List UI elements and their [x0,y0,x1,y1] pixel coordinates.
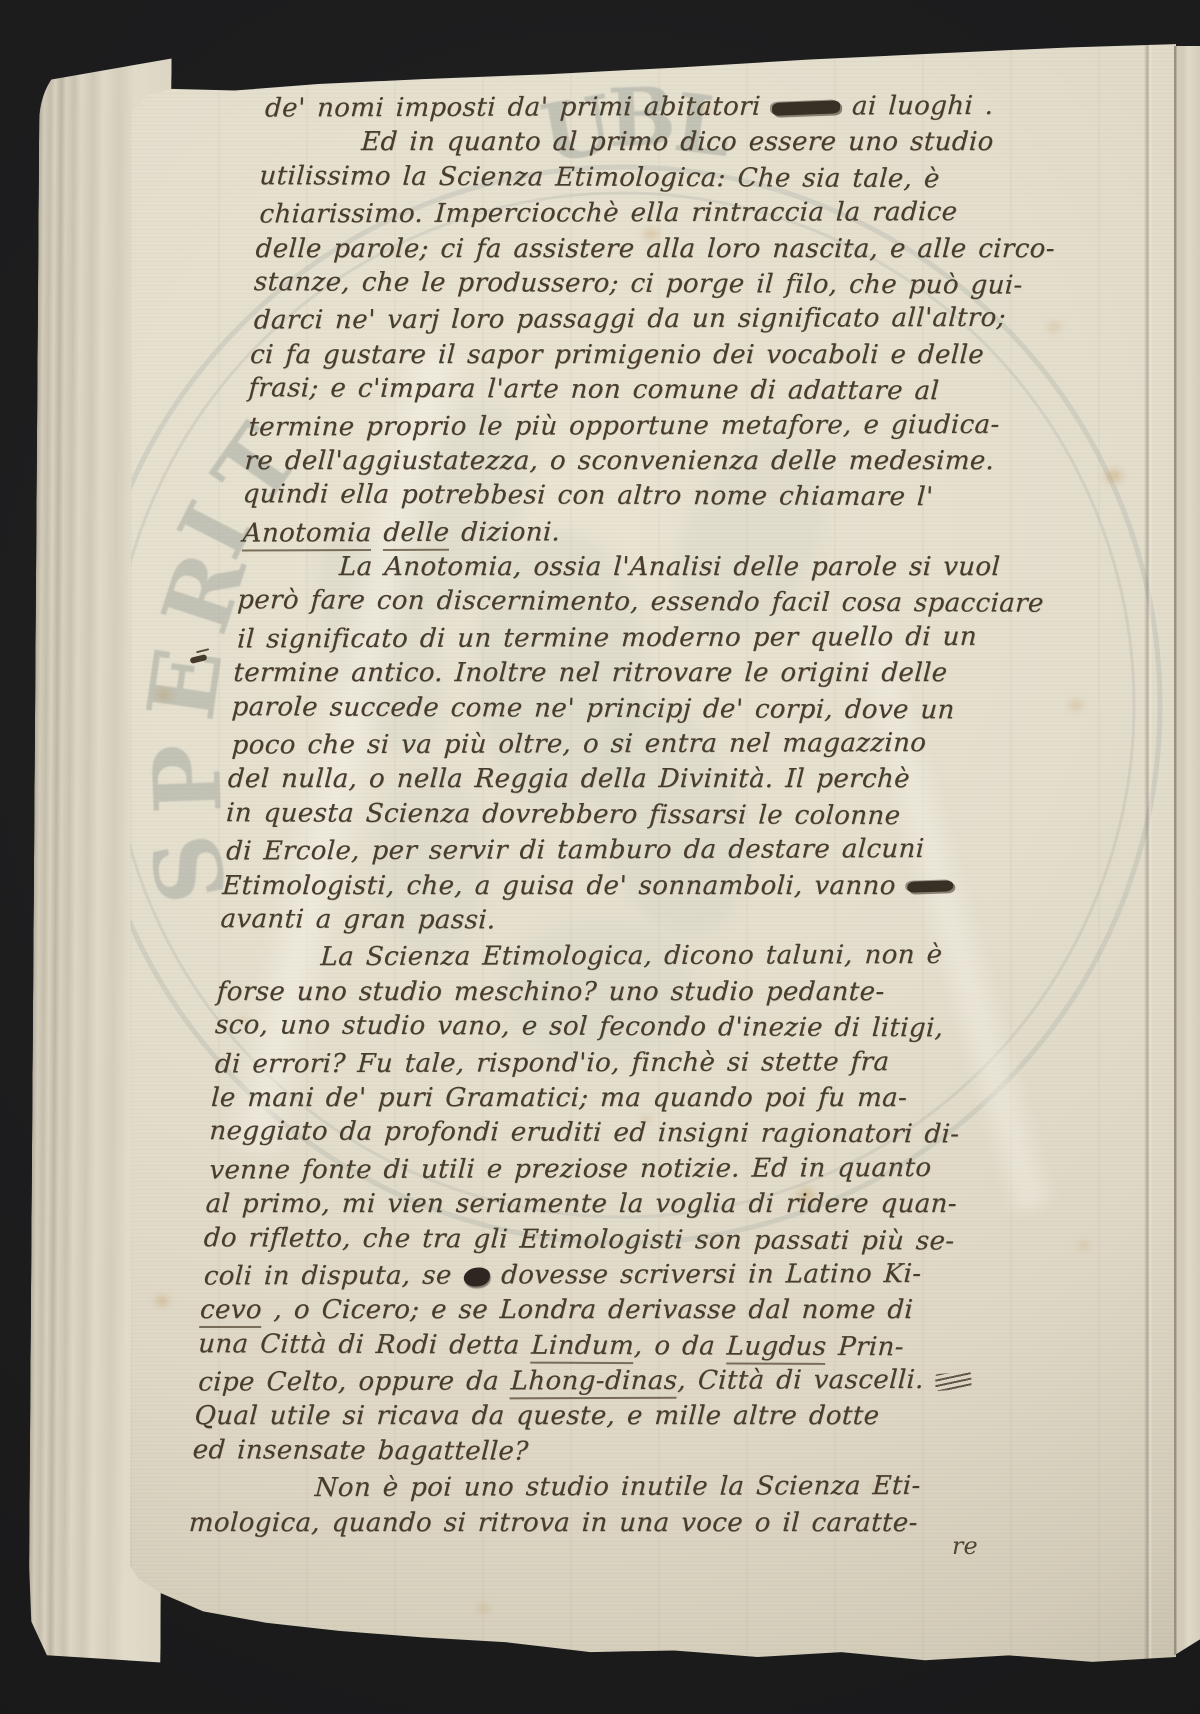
page-fold-line [1144,40,1152,1670]
manuscript-line: Qual utile si ricava da queste, e mille … [194,1399,1036,1434]
flourish-mark [935,1371,971,1391]
word-segment: ed insensate bagattelle? [192,1435,530,1466]
word-segment: darci ne' varj loro passaggi da un signi… [253,303,1006,336]
word-segment: le mani de' puri Gramatici; ma quando po… [210,1083,908,1113]
word-segment: , o da [633,1331,727,1361]
ink-blot [463,1267,490,1286]
manuscript-line: di errori? Fu tale, rispond'io, finchè s… [214,1044,1056,1082]
word-segment: La Anotomia, ossia l'Analisi delle parol… [338,552,1001,582]
manuscript-line: delle parole; ci fa assistere alla loro … [255,232,1097,267]
strikethrough-blot [907,880,953,893]
manuscript-line: chiarissimo. Imperciocchè ella rintracci… [259,195,1101,233]
manuscript-line: una Città di Rodi detta Lindum, o da Lug… [197,1327,1039,1366]
manuscript-line: ci fa gustare il sapor primigenio dei vo… [249,338,1091,373]
manuscript-line: stanze, che le produssero; ci porge il f… [253,265,1095,304]
word-segment: Etimologisti, che, a guisa de' sonnambol… [222,871,909,901]
manuscript-line: le mani de' puri Gramatici; ma quando po… [210,1081,1052,1116]
manuscript-line: do rifletto, che tra gli Etimologisti so… [203,1221,1045,1260]
manuscript-line: Etimologisti, che, a guisa de' sonnambol… [221,869,1063,904]
word-segment: Anotomia [242,518,373,551]
manuscript-line: al primo, mi vien seriamente la voglia d… [205,1187,1047,1222]
manuscript-line: cevo , o Cicero; e se Londra derivasse d… [199,1293,1041,1328]
word-segment: La Scienza Etimologica, dicono taluni, n… [320,940,943,972]
manuscript-line: poco che si va più oltre, o si entra nel… [231,726,1073,764]
word-segment: Prin- [826,1332,905,1362]
word-segment: in questa Scienza dovrebbero fissarsi le… [225,798,901,831]
word-segment: , Città di vascelli. [677,1365,936,1396]
word-segment: una Città di Rodi detta [197,1329,532,1360]
manuscript-page: TIREPSUBL de' nomi imposti da' primi abi… [130,40,1176,1670]
adjacent-page-edge [1174,46,1200,1662]
word-segment: utilissimo la Scienza Etimologica: Che s… [259,161,941,194]
strikethrough-blot [772,100,840,116]
paper-stain [470,1600,496,1618]
word-segment: Ed in quanto al primo dico essere uno st… [360,127,994,157]
word-segment: delle [383,517,451,550]
handwritten-text: de' nomi imposti da' primi abitatori ai … [188,90,1104,1541]
margin-annotation-mark [190,654,208,664]
paper-stain [1072,1236,1096,1255]
word-segment: mologica, quando si ritrova in una voce … [188,1508,918,1538]
manuscript-line: di Ercole, per servir di tamburo da dest… [225,832,1067,870]
manuscript-line: in questa Scienza dovrebbero fissarsi le… [225,796,1067,835]
manuscript-line: frasi; e c'impara l'arte non comune di a… [247,371,1089,410]
word-segment: coli in disputa, se [203,1260,464,1291]
word-segment: Lindum [530,1330,635,1363]
word-segment: però fare con discernimento, essendo fac… [236,586,1044,620]
manuscript-line: sco, uno studio vano, e sol fecondo d'in… [214,1008,1056,1047]
manuscript-line: forse uno studio meschino? uno studio pe… [216,975,1058,1010]
word-segment: de' nomi imposti da' primi abitatori [264,92,773,124]
manuscript-line: del nulla, o nella Reggia della Divinità… [227,762,1069,797]
paper-stain [148,1290,176,1312]
manuscript-line: de' nomi imposti da' primi abitatori ai … [264,89,1106,127]
manuscript-line: mologica, quando si ritrova in una voce … [188,1506,1030,1541]
word-segment: cipe Celto, oppure da [198,1366,512,1397]
manuscript-line: re dell'aggiustatezza, o sconvenienza de… [244,444,1086,479]
word-segment: Non è poi uno studio inutile la Scienza … [314,1471,921,1503]
word-segment: re dell'aggiustatezza, o sconvenienza de… [244,446,995,476]
word-segment: Lhong-dinas [510,1366,678,1400]
word-segment: dovesse scriversi in Latino Ki- [489,1259,922,1291]
word-segment: ai luoghi . [840,91,995,122]
word-segment: dizioni. [449,517,561,547]
word-segment: termine antico. Inoltre nel ritrovare le… [233,658,949,688]
word-segment: venne fonte di utili e preziose notizie.… [209,1153,933,1186]
watermark-letter: E [127,642,244,726]
word-segment: il significato di un termine moderno per… [237,622,978,655]
word-segment: Lugdus [726,1331,828,1364]
manuscript-line: darci ne' varj loro passaggi da un signi… [253,301,1095,339]
word-segment: termine proprio le più opportune metafor… [248,409,1001,442]
paper-stain [148,682,180,708]
manuscript-line: avanti a gran passi. [220,902,1062,941]
word-segment: ci fa gustare il sapor primigenio dei vo… [249,340,984,370]
word-segment: di errori? Fu tale, rispond'io, finchè s… [214,1047,890,1079]
word-segment: neggiato da profondi eruditi ed insigni … [209,1116,961,1149]
word-segment: di Ercole, per servir di tamburo da dest… [225,834,925,866]
word-segment: quindi ella potrebbesi con altro nome ch… [242,479,934,512]
word-segment: chiarissimo. Imperciocchè ella rintracci… [259,197,958,229]
word-segment: poco che si va più oltre, o si entra nel… [231,728,927,760]
word-segment: sco, uno studio vano, e sol fecondo d'in… [214,1010,944,1043]
word-segment: Qual utile si ricava da queste, e mille … [194,1401,880,1431]
word-segment: frasi; e c'impara l'arte non comune di a… [248,373,941,406]
manuscript-line: termine antico. Inoltre nel ritrovare le… [232,656,1074,691]
word-segment: del nulla, o nella Reggia della Divinità… [227,764,911,794]
word-segment: , o Cicero; e se Londra derivasse dal no… [261,1295,914,1325]
paper-stain [1096,462,1132,490]
manuscript-line: coli in disputa, se dovesse scriversi in… [203,1256,1045,1294]
manuscript-photo: TIREPSUBL de' nomi imposti da' primi abi… [0,0,1200,1714]
word-segment: do rifletto, che tra gli Etimologisti so… [203,1223,955,1256]
word-segment: stanze, che le produssero; ci porge il f… [253,267,1023,300]
word-segment: delle parole; ci fa assistere alla loro … [255,234,1056,264]
word-segment: al primo, mi vien seriamente la voglia d… [205,1189,958,1219]
manuscript-line: Anotomia delle dizioni. [242,513,1084,551]
word-segment [371,518,384,548]
word-segment: forse uno studio meschino? uno studio pe… [216,977,885,1007]
manuscript-line: cipe Celto, oppure da Lhong-dinas, Città… [197,1363,1039,1401]
manuscript-line: però fare con discernimento, essendo fac… [236,584,1078,623]
word-segment: avanti a gran passi. [220,904,497,935]
manuscript-line: venne fonte di utili e preziose notizie.… [209,1150,1051,1188]
word-segment: parole succede come ne' principj de' cor… [231,692,956,725]
paper-stain [230,1628,274,1656]
manuscript-line: il significato di un termine moderno per… [236,619,1078,657]
manuscript-line: termine proprio le più opportune metafor… [247,407,1089,445]
manuscript-line: Ed in quanto al primo dico essere uno st… [260,125,1102,160]
manuscript-line: La Scienza Etimologica, dicono taluni, n… [220,938,1062,976]
manuscript-line: quindi ella potrebbesi con altro nome ch… [242,477,1084,516]
manuscript-line: ed insensate bagattelle? [192,1433,1034,1472]
manuscript-line: neggiato da profondi eruditi ed insigni … [208,1114,1050,1153]
manuscript-line: utilissimo la Scienza Etimologica: Che s… [258,159,1100,198]
manuscript-line: Non è poi uno studio inutile la Scienza … [192,1469,1034,1507]
manuscript-line: parole succede come ne' principj de' cor… [231,690,1073,729]
manuscript-line: La Anotomia, ossia l'Analisi delle parol… [238,550,1080,585]
catchword: re [952,1532,978,1560]
word-segment: cevo [199,1295,263,1328]
